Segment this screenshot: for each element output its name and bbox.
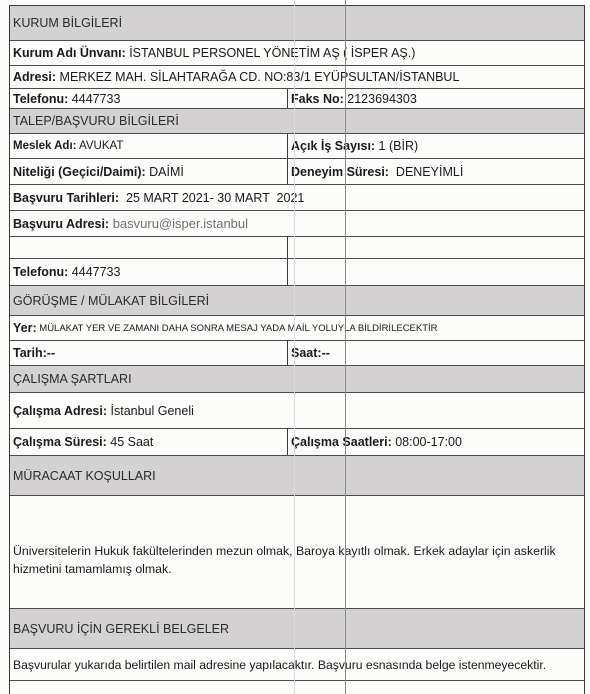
- section-header-talep: TALEP/BAŞVURU BİLGİLERİ: [10, 109, 584, 134]
- value-work-hours: 08:00-17:00: [392, 435, 462, 449]
- value-application-phone: 4447733: [68, 265, 120, 279]
- value-phone: 4447733: [68, 92, 120, 106]
- section-title: GÖRÜŞME / MÜLAKAT BİLGİLERİ: [10, 286, 584, 315]
- label-application-address: Başvuru Adresi:: [13, 217, 109, 231]
- value-work-duration: 45 Saat: [107, 435, 154, 449]
- row-application-dates: Başvuru Tarihleri: 25 MART 2021- 30 MART…: [10, 185, 584, 211]
- label-openings: Açık İş Sayısı:: [291, 139, 375, 153]
- label-work-address: Çalışma Adresi:: [13, 404, 107, 418]
- label-address: Adresi:: [13, 70, 56, 84]
- row-required-documents: Başvurular yukarıda belirtilen mail adre…: [10, 649, 584, 681]
- section-header-muracaat: MÜRACAAT KOŞULLARI: [10, 456, 584, 496]
- row-application-phone: Telefonu: 4447733: [10, 259, 584, 286]
- section-title: MÜRACAAT KOŞULLARI: [10, 456, 584, 495]
- row-work-address: Çalışma Adresi: İstanbul Geneli: [10, 393, 584, 429]
- label-experience: Deneyim Süresi:: [291, 165, 389, 179]
- row-next: [10, 681, 584, 694]
- value-address: MERKEZ MAH. SİLAHTARAĞA CD. NO:83/1 EYÜP…: [56, 70, 459, 84]
- row-nature-experience: Niteliği (Geçici/Daimi): DAİMİ Deneyim S…: [10, 159, 584, 185]
- value-nature: DAİMİ: [146, 165, 184, 179]
- section-header-gorusme: GÖRÜŞME / MÜLAKAT BİLGİLERİ: [10, 286, 584, 316]
- row-work-duration-hours: Çalışma Süresi: 45 Saat Çalışma Saatleri…: [10, 429, 584, 456]
- label-institution-name: Kurum Adı Ünvanı:: [13, 46, 126, 60]
- value-application-dates: 25 MART 2021- 30 MART 2021: [119, 191, 304, 205]
- label-fax: Faks No:: [291, 92, 344, 106]
- row-institution-name: Kurum Adı Ünvanı: İSTANBUL PERSONEL YÖNE…: [10, 41, 584, 66]
- job-posting-table: KURUM BİLGİLERİ Kurum Adı Ünvanı: İSTANB…: [9, 5, 585, 694]
- label-application-phone: Telefonu:: [13, 265, 68, 279]
- value-experience: DENEYİMLİ: [389, 165, 463, 179]
- value-application-email[interactable]: basvuru@isper.istanbul: [109, 216, 248, 231]
- label-application-dates: Başvuru Tarihleri:: [13, 191, 119, 205]
- section-title: ÇALIŞMA ŞARTLARI: [10, 366, 584, 392]
- row-phone-fax: Telefonu: 4447733 Faks No: 2123694303: [10, 89, 584, 109]
- section-title: KURUM BİLGİLERİ: [10, 6, 584, 40]
- section-header-kurum: KURUM BİLGİLERİ: [10, 6, 584, 41]
- row-address: Adresi: MERKEZ MAH. SİLAHTARAĞA CD. NO:8…: [10, 66, 584, 89]
- label-interview-date: Tarih:--: [13, 346, 55, 360]
- label-interview-place: Yer:: [13, 321, 37, 335]
- value-openings: 1 (BİR): [375, 139, 418, 153]
- label-interview-time: Saat:--: [291, 346, 330, 360]
- row-empty: [10, 237, 584, 259]
- value-interview-place: MÜLAKAT YER VE ZAMANI DAHA SONRA MESAJ Y…: [37, 323, 438, 334]
- value-fax: 2123694303: [344, 92, 417, 106]
- row-profession-openings: Meslek Adı: AVUKAT Açık İş Sayısı: 1 (Bİ…: [10, 134, 584, 159]
- label-work-hours: Çalışma Saatleri:: [291, 435, 392, 449]
- value-work-address: İstanbul Geneli: [107, 404, 194, 418]
- value-application-conditions: Üniversitelerin Hukuk fakültelerinden me…: [10, 496, 584, 608]
- value-required-documents: Başvurular yukarıda belirtilen mail adre…: [10, 649, 584, 680]
- label-nature: Niteliği (Geçici/Daimi):: [13, 165, 146, 179]
- row-interview-place: Yer: MÜLAKAT YER VE ZAMANI DAHA SONRA ME…: [10, 316, 584, 341]
- row-interview-date-time: Tarih:-- Saat:--: [10, 341, 584, 366]
- label-profession: Meslek Adı:: [13, 140, 76, 152]
- section-header-belgeler: BAŞVURU İÇİN GEREKLİ BELGELER: [10, 609, 584, 649]
- section-title: TALEP/BAŞVURU BİLGİLERİ: [10, 109, 584, 133]
- section-header-calisma: ÇALIŞMA ŞARTLARI: [10, 366, 584, 393]
- row-application-conditions: Üniversitelerin Hukuk fakültelerinden me…: [10, 496, 584, 609]
- label-work-duration: Çalışma Süresi:: [13, 435, 107, 449]
- label-phone: Telefonu:: [13, 92, 68, 106]
- value-profession: AVUKAT: [76, 140, 123, 152]
- row-application-address: Başvuru Adresi: basvuru@isper.istanbul: [10, 211, 584, 237]
- section-title: BAŞVURU İÇİN GEREKLİ BELGELER: [10, 609, 584, 648]
- value-institution-name: İSTANBUL PERSONEL YÖNETİM AŞ ( İSPER AŞ.…: [126, 46, 416, 60]
